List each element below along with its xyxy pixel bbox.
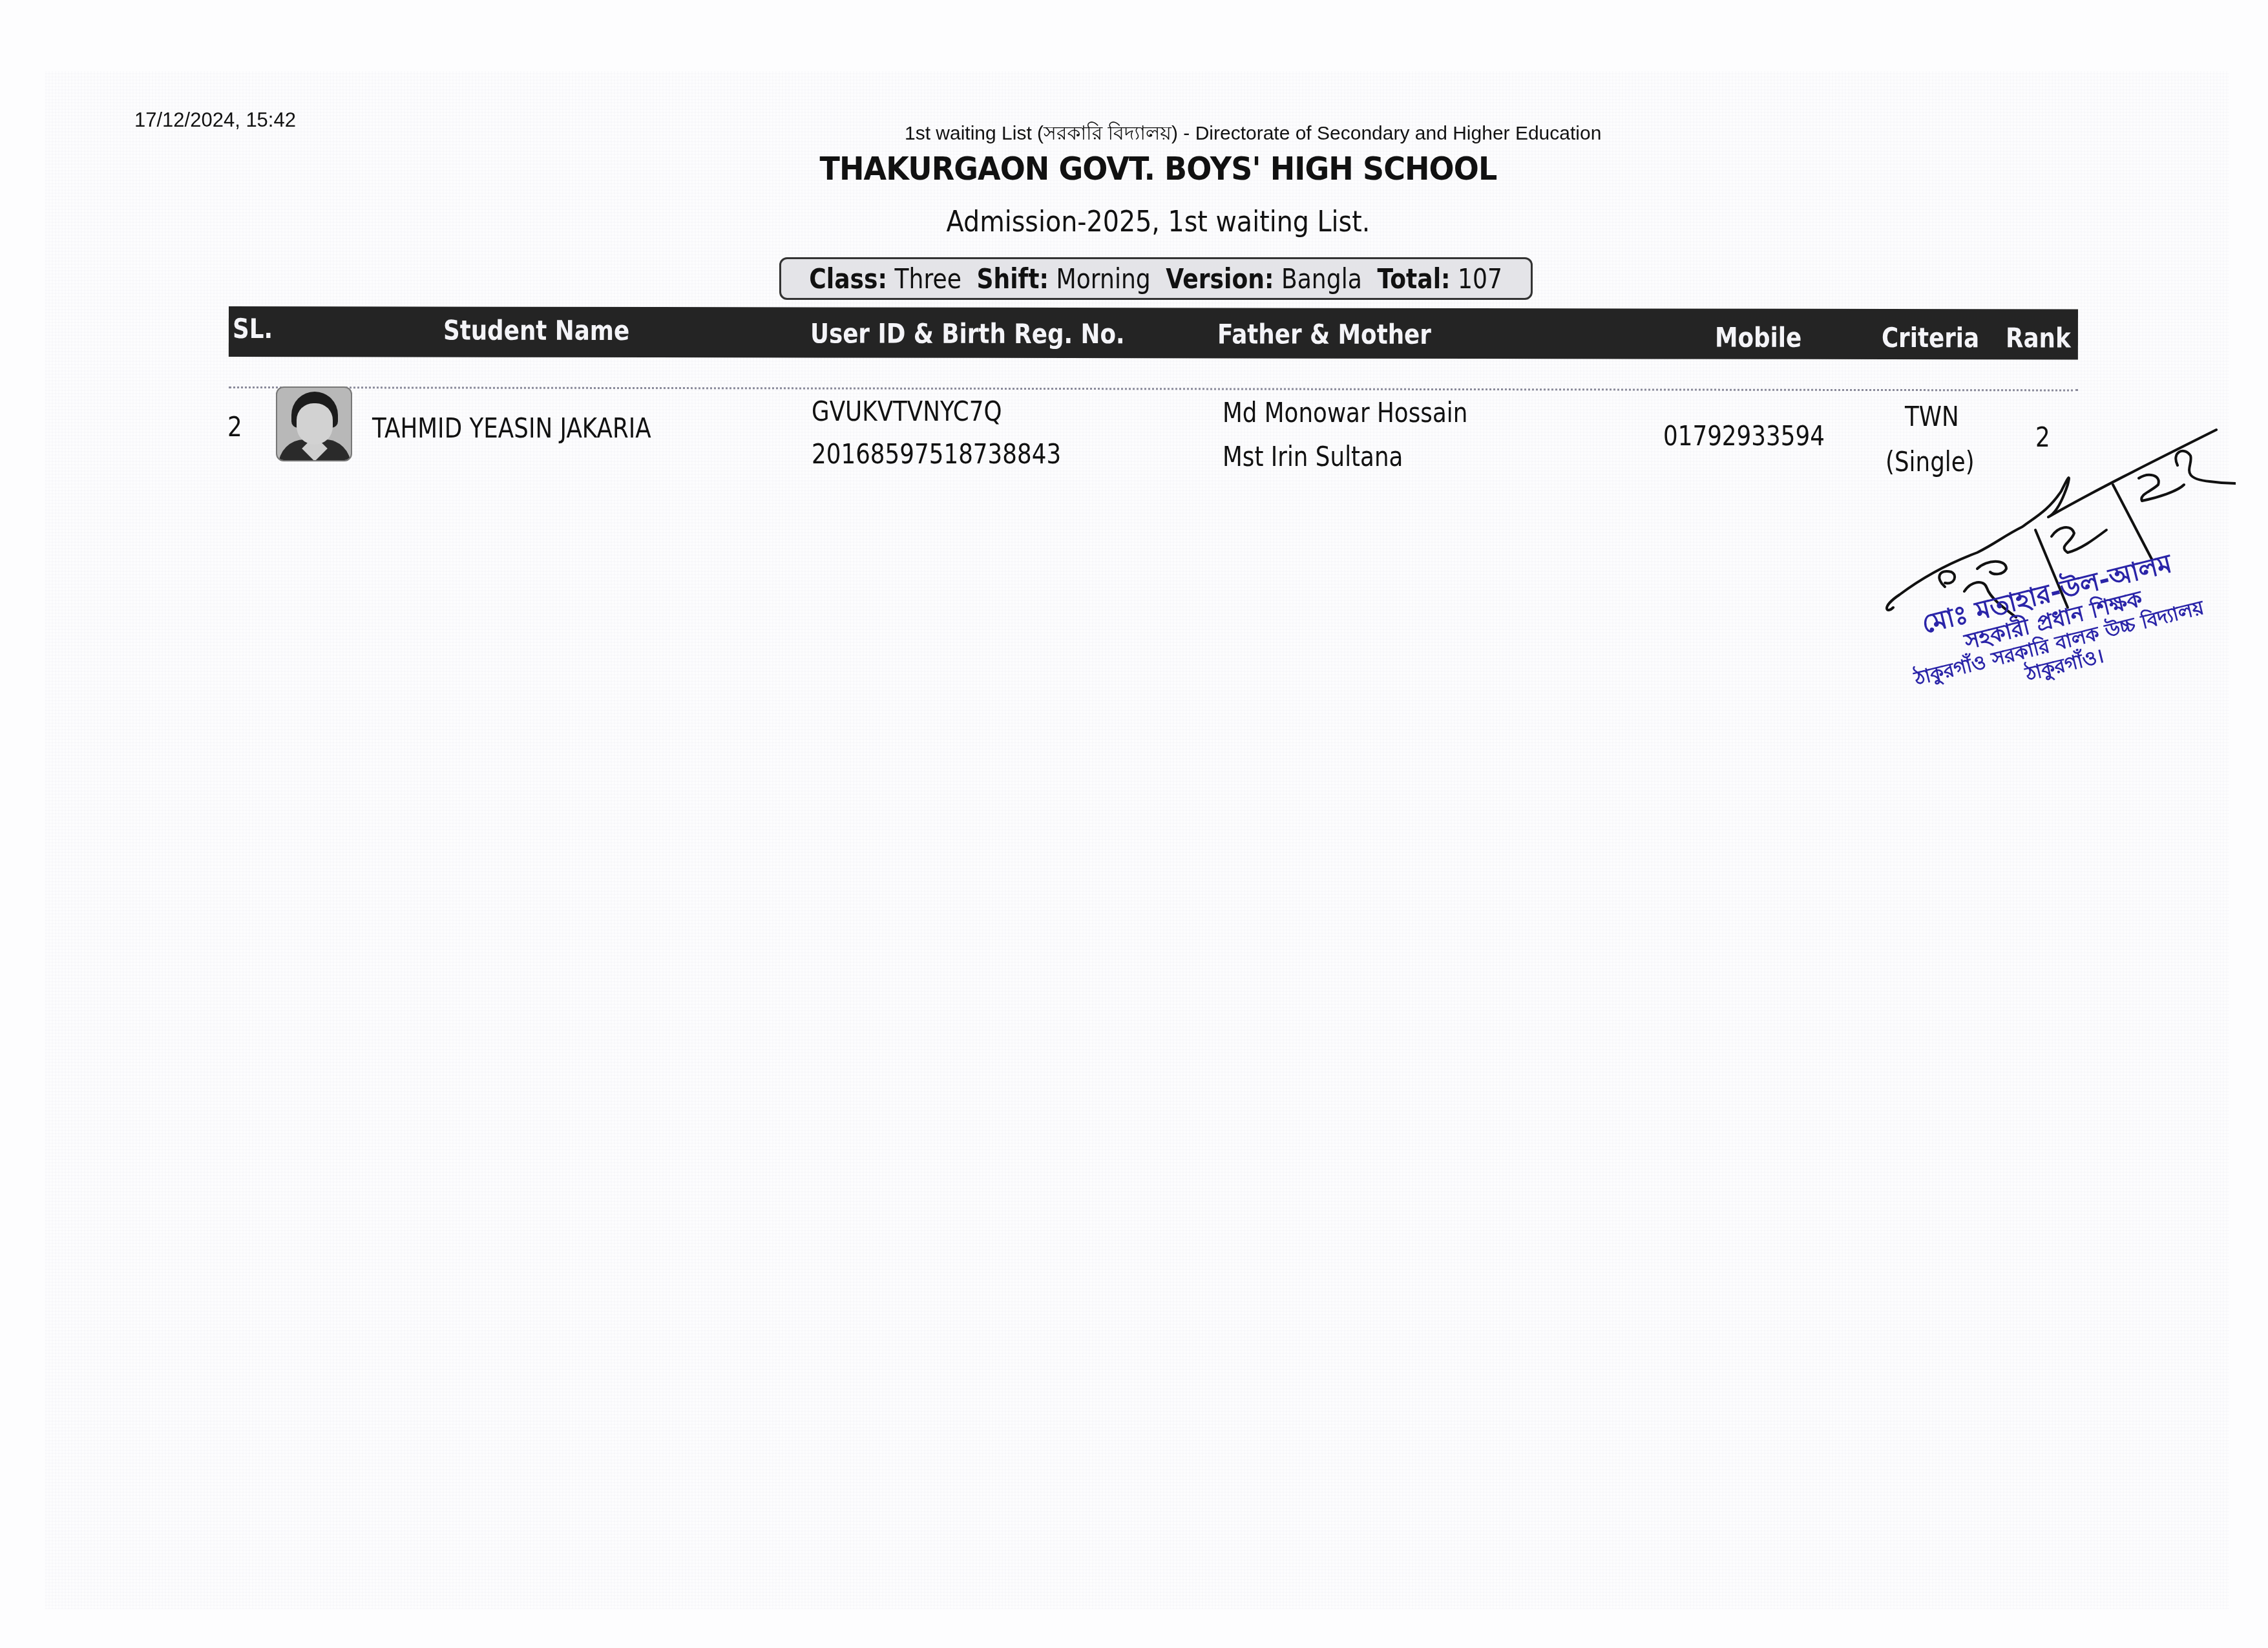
source-header-line: 1st waiting List (সরকারি বিদ্যালয়) - Di… (905, 118, 1601, 151)
cell-mother-name: Mst Irin Sultana (1223, 441, 1403, 472)
shift-value: Morning (1056, 263, 1151, 295)
column-header-father-mother: Father & Mother (1217, 318, 1431, 350)
official-stamp: মোঃ মতাহার-উল-আলম সহকারী প্রধান শিক্ষক ঠ… (1880, 539, 2231, 717)
cell-user-id: GVUKVTVNYC7Q (812, 396, 1002, 427)
print-timestamp: 17/12/2024, 15:42 (134, 109, 296, 132)
class-value: Three (895, 263, 961, 295)
column-header-sl: SL. (233, 313, 273, 344)
cell-student-name: TAHMID YEASIN JAKARIA (372, 412, 651, 444)
student-photo (276, 386, 352, 461)
school-name-title: THAKURGAON GOVT. BOYS' HIGH SCHOOL (92, 150, 2223, 187)
cell-criteria: TWN (1905, 401, 1959, 432)
cell-sl: 2 (227, 411, 242, 443)
cell-father-name: Md Monowar Hossain (1223, 397, 1467, 428)
cell-birth-reg-no: 20168597518738843 (812, 438, 1061, 470)
cell-rank: 2 (2035, 421, 2050, 453)
cell-criteria-detail: (Single) (1885, 446, 1975, 478)
table-header: SL. Student Name User ID & Birth Reg. No… (229, 306, 2078, 359)
class-label: Class: (810, 263, 888, 295)
column-header-rank: Rank (2006, 322, 2071, 354)
column-header-criteria: Criteria (1882, 322, 1979, 354)
class-info-box: Class: Three Shift: Morning Version: Ban… (779, 257, 1533, 300)
column-header-mobile: Mobile (1715, 322, 1801, 354)
row-divider (229, 386, 2078, 391)
column-header-user-id-birth-reg: User ID & Birth Reg. No. (810, 317, 1125, 350)
paper-scan-texture (45, 71, 2229, 1609)
admission-subtitle: Admission-2025, 1st waiting List. (116, 206, 2201, 238)
version-value: Bangla (1281, 263, 1362, 295)
column-header-student-name: Student Name (443, 315, 629, 346)
cell-mobile: 01792933594 (1663, 420, 1825, 452)
total-label: Total: (1378, 263, 1451, 295)
total-value: 107 (1458, 263, 1502, 295)
version-label: Version: (1166, 263, 1274, 295)
shift-label: Shift: (977, 263, 1049, 295)
